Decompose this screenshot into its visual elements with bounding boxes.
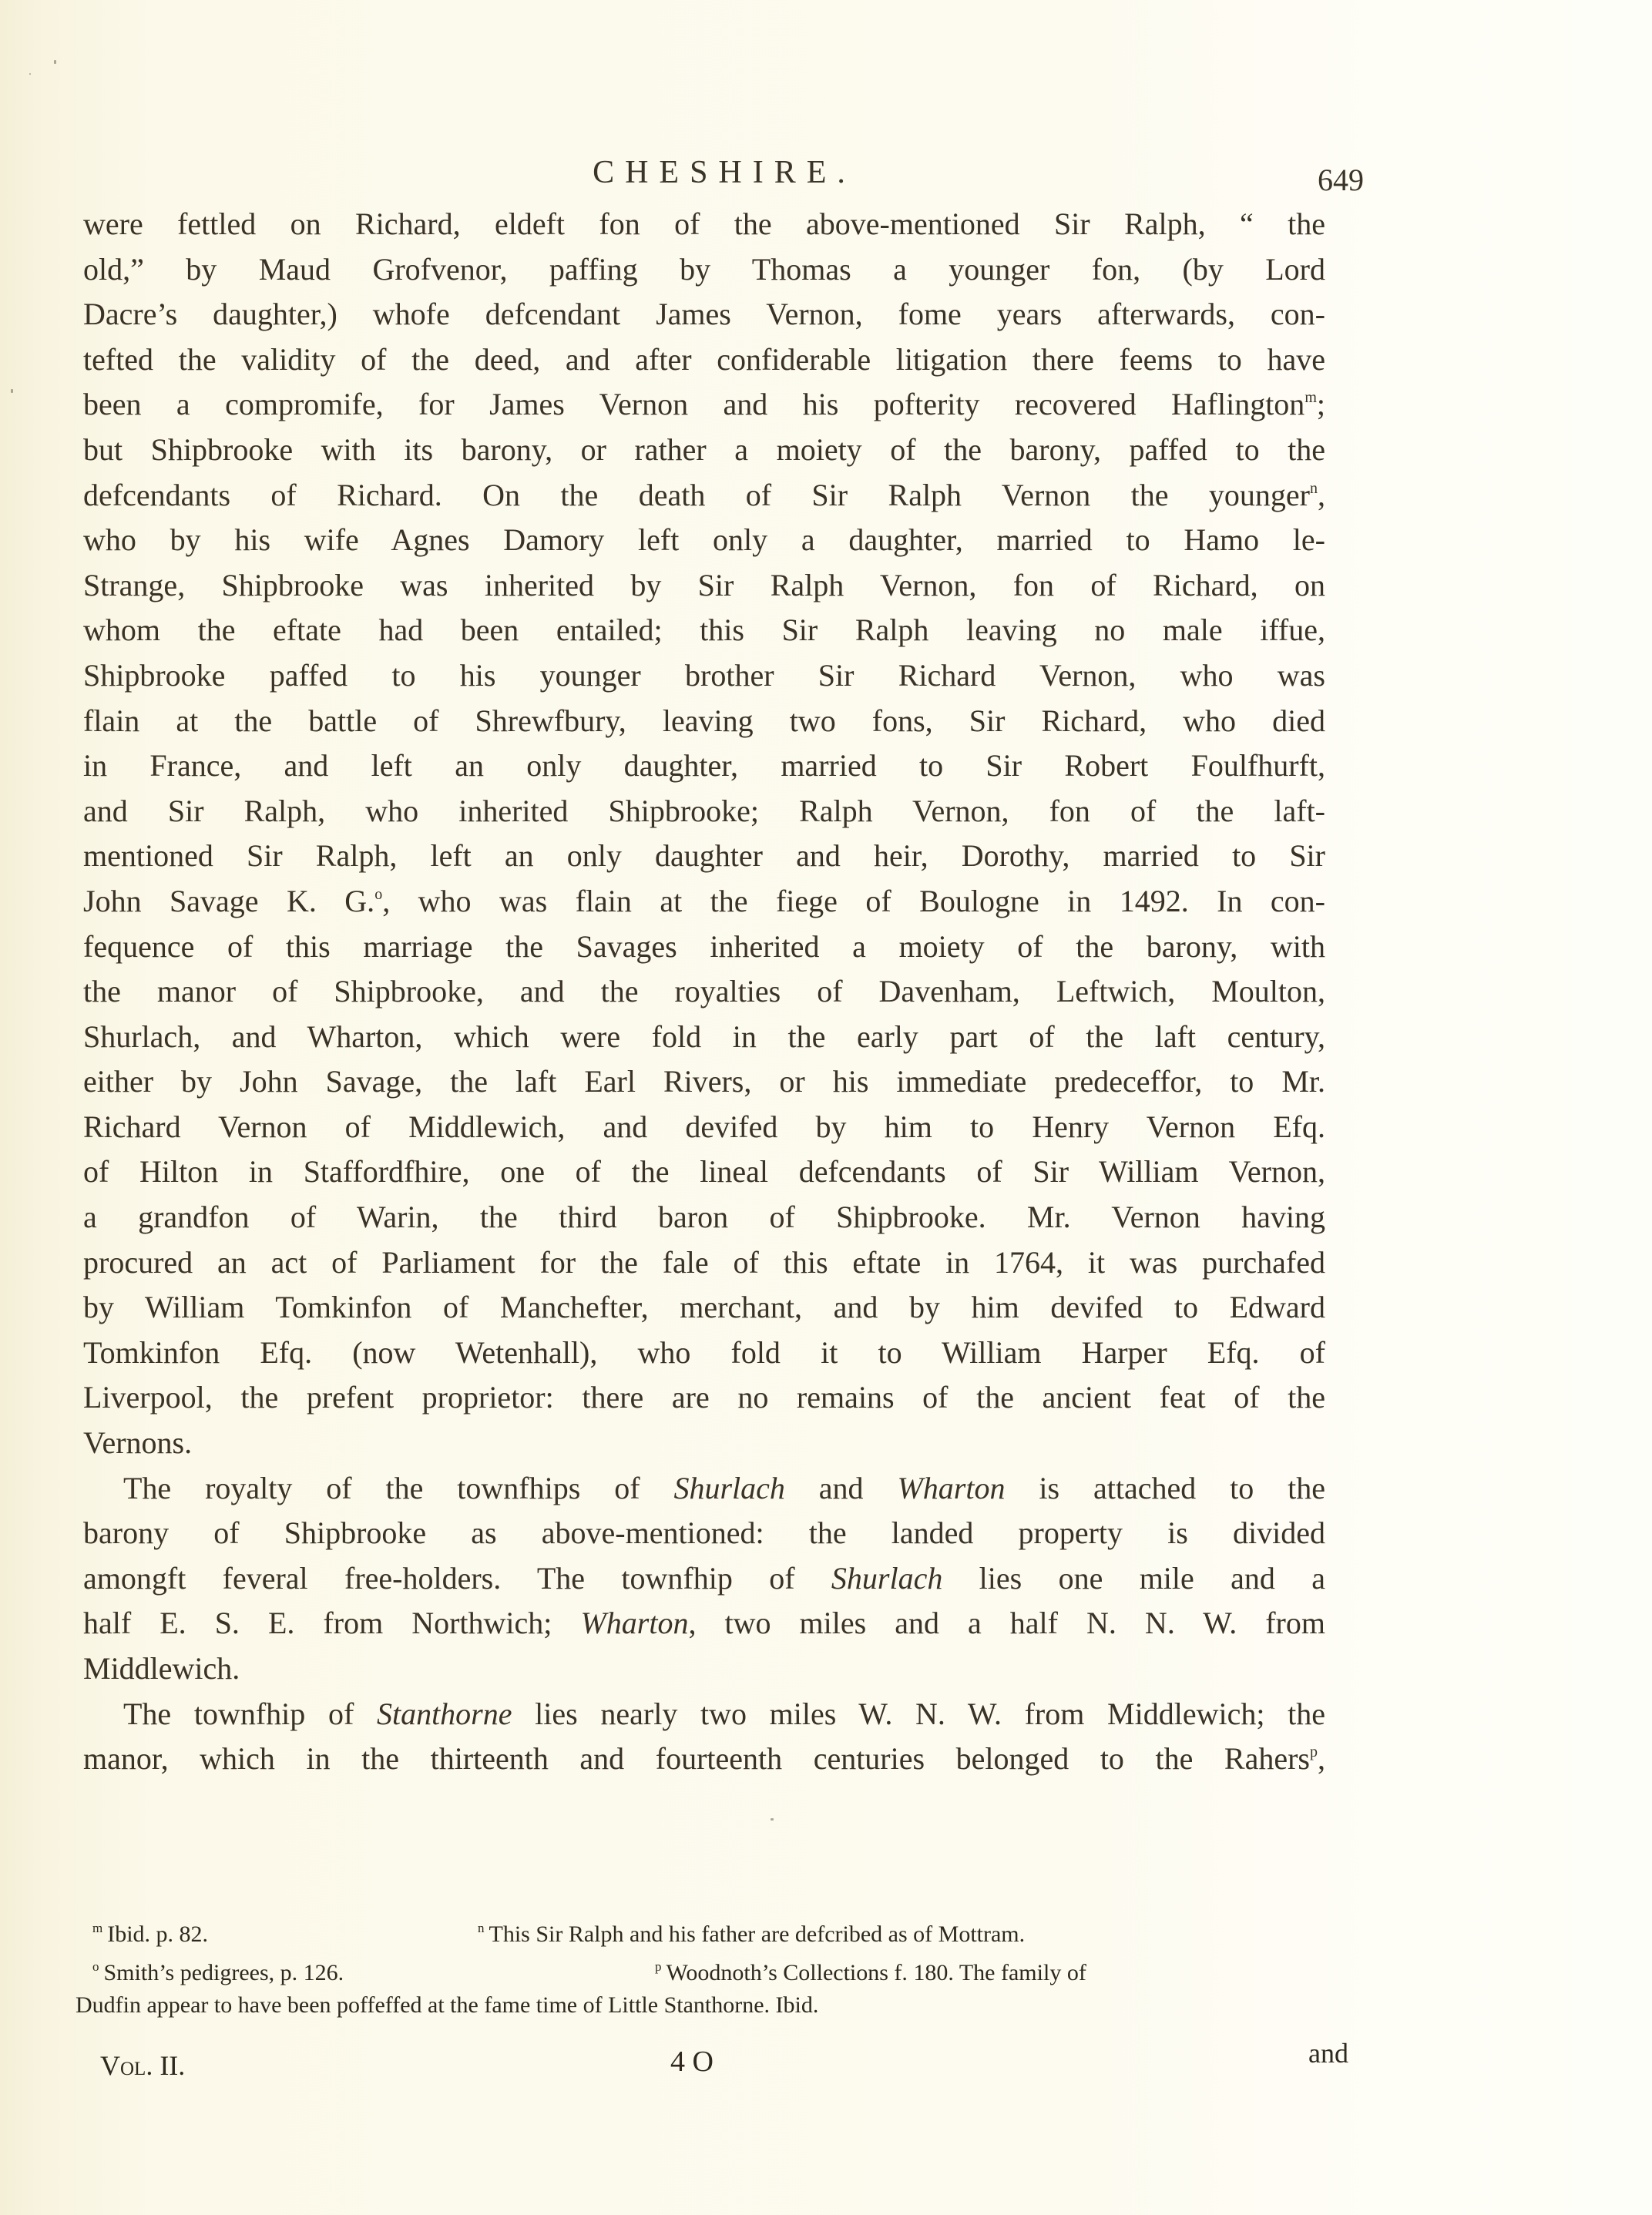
text-line: Middlewich. <box>83 1646 1325 1692</box>
place-name-stanthorne: Stanthorne <box>377 1696 512 1731</box>
text-line: whom the eftate had been entailed; this … <box>83 608 1325 653</box>
text-line: The townfhip of Stanthorne lies nearly t… <box>83 1692 1325 1737</box>
text-line: amongft feveral free-holders. The townfh… <box>83 1556 1325 1602</box>
place-name-wharton: Wharton <box>580 1606 688 1640</box>
text-line: a grandfon of Warin, the third baron of … <box>83 1195 1325 1240</box>
text-line: defcendants of Richard. On the death of … <box>83 473 1325 519</box>
text-line: John Savage K. G.o, who was flain at the… <box>83 879 1325 925</box>
text-line: tefted the validity of the deed, and aft… <box>83 337 1325 383</box>
text-line: Strange, Shipbrooke was inherited by Sir… <box>83 563 1325 609</box>
text-line: were fettled on Richard, eldeft fon of t… <box>83 202 1325 247</box>
footnote-ref-p[interactable]: p <box>1310 1743 1318 1760</box>
paper-speck <box>771 1818 774 1821</box>
text-line: Dacre’s daughter,) whofe defcendant Jame… <box>83 292 1325 337</box>
text-line: by William Tomkinfon of Manchefter, merc… <box>83 1285 1325 1331</box>
text-line: who by his wife Agnes Damory left only a… <box>83 518 1325 563</box>
page-footer: Vol. II. 4 O and <box>85 2034 1333 2080</box>
volume-label: Vol. II. <box>100 2049 185 2082</box>
catchword: and <box>1308 2037 1348 2069</box>
text-line: half E. S. E. from Northwich; Wharton, t… <box>83 1601 1325 1646</box>
place-name-shurlach: Shurlach <box>831 1561 942 1596</box>
text-line: of Hilton in Staffordfhire, one of the l… <box>83 1149 1325 1195</box>
running-head: CHESHIRE. 649 <box>85 154 1333 208</box>
text-line: old,” by Maud Grofvenor, paffing by Thom… <box>83 247 1325 293</box>
footnote-p-continued: Dudfin appear to have been poffeffed at … <box>76 1986 818 2025</box>
footnotes: mIbid. p. 82. nThis Sir Ralph and his fa… <box>77 1909 1325 2025</box>
text-line: Richard Vernon of Middlewich, and devife… <box>83 1105 1325 1150</box>
text-line: flain at the battle of Shrewfbury, leavi… <box>83 699 1325 744</box>
paper-speck <box>11 389 13 393</box>
footnote-row: Dudfin appear to have been poffeffed at … <box>77 1986 1325 2025</box>
place-name-wharton: Wharton <box>897 1471 1005 1505</box>
body-text: were fettled on Richard, eldeft fon of t… <box>83 202 1325 1782</box>
text-line: The royalty of the townfhips of Shurlach… <box>83 1466 1325 1512</box>
running-title: CHESHIRE. <box>85 154 1333 191</box>
signature-mark: 4 O <box>670 2045 714 2079</box>
text-line: Vernons. <box>83 1421 1325 1466</box>
place-name-shurlach: Shurlach <box>673 1471 784 1505</box>
text-line: Liverpool, the prefent proprietor: there… <box>83 1375 1325 1421</box>
text-line: procured an act of Parliament for the fa… <box>83 1240 1325 1286</box>
text-line: Shurlach, and Wharton, which were fold i… <box>83 1015 1325 1060</box>
text-line: but Shipbrooke with its barony, or rathe… <box>83 428 1325 473</box>
page-number: 649 <box>1318 162 1364 198</box>
text-line: manor, which in the thirteenth and fourt… <box>83 1737 1325 1782</box>
text-line: mentioned Sir Ralph, left an only daught… <box>83 834 1325 879</box>
text-line: Tomkinfon Efq. (now Wetenhall), who fold… <box>83 1331 1325 1376</box>
paper-speck <box>54 60 56 64</box>
text-line: in France, and left an only daughter, ma… <box>83 743 1325 789</box>
footnote-ref-m[interactable]: m <box>1304 389 1317 406</box>
text-line: the manor of Shipbrooke, and the royalti… <box>83 969 1325 1015</box>
paper-speck <box>29 73 31 75</box>
text-line: Shipbrooke paffed to his younger brother… <box>83 653 1325 699</box>
book-page: CHESHIRE. 649 were fettled on Richard, e… <box>0 0 1652 2215</box>
text-line: barony of Shipbrooke as above-mentioned:… <box>83 1511 1325 1556</box>
footnote-row: oSmith’s pedigrees, p. 126. pWoodnoth’s … <box>77 1948 1325 1986</box>
text-line: and Sir Ralph, who inherited Shipbrooke;… <box>83 789 1325 834</box>
text-line: either by John Savage, the laft Earl Riv… <box>83 1059 1325 1105</box>
footnote-ref-o[interactable]: o <box>374 886 382 903</box>
text-line: fequence of this marriage the Savages in… <box>83 925 1325 970</box>
footnote-row: mIbid. p. 82. nThis Sir Ralph and his fa… <box>77 1909 1325 1948</box>
footnote-ref-n[interactable]: n <box>1310 480 1318 497</box>
text-line: been a compromife, for James Vernon and … <box>83 382 1325 428</box>
